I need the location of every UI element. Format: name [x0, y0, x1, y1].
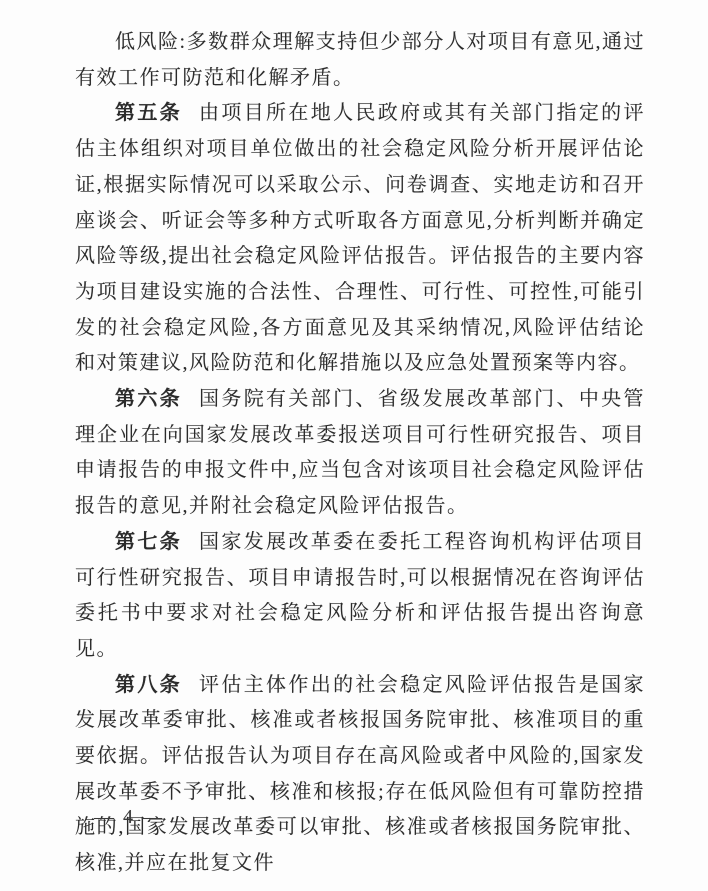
article-number: 第五条 — [115, 102, 182, 124]
article-number: 第七条 — [115, 531, 182, 553]
paragraph-text: 评估主体作出的社会稳定风险评估报告是国家发展改革委审批、核准或者核报国务院审批、… — [75, 674, 645, 875]
paragraph-text: 由项目所在地人民政府或其有关部门指定的评估主体组织对项目单位做出的社会稳定风险分… — [75, 102, 645, 374]
page-number: — 4 — — [94, 806, 164, 829]
article-number: 第六条 — [115, 388, 182, 410]
paragraph: 第八条评估主体作出的社会稳定风险评估报告是国家发展改革委审批、核准或者核报国务院… — [75, 668, 645, 882]
paragraph: 第七条国家发展改革委在委托工程咨询机构评估项目可行性研究报告、项目申请报告时,可… — [75, 525, 645, 668]
document-body: 低风险:多数群众理解支持但少部分人对项目有意见,通过有效工作可防范和化解矛盾。 … — [75, 25, 645, 882]
scanned-document-page: 低风险:多数群众理解支持但少部分人对项目有意见,通过有效工作可防范和化解矛盾。 … — [0, 0, 708, 891]
paragraph: 第五条由项目所在地人民政府或其有关部门指定的评估主体组织对项目单位做出的社会稳定… — [75, 96, 645, 382]
paragraph: 第六条国务院有关部门、省级发展改革部门、中央管理企业在向国家发展改革委报送项目可… — [75, 382, 645, 525]
paragraph: 低风险:多数群众理解支持但少部分人对项目有意见,通过有效工作可防范和化解矛盾。 — [75, 25, 645, 96]
article-number: 第八条 — [115, 674, 182, 696]
paragraph-text: 低风险:多数群众理解支持但少部分人对项目有意见,通过有效工作可防范和化解矛盾。 — [75, 31, 645, 89]
